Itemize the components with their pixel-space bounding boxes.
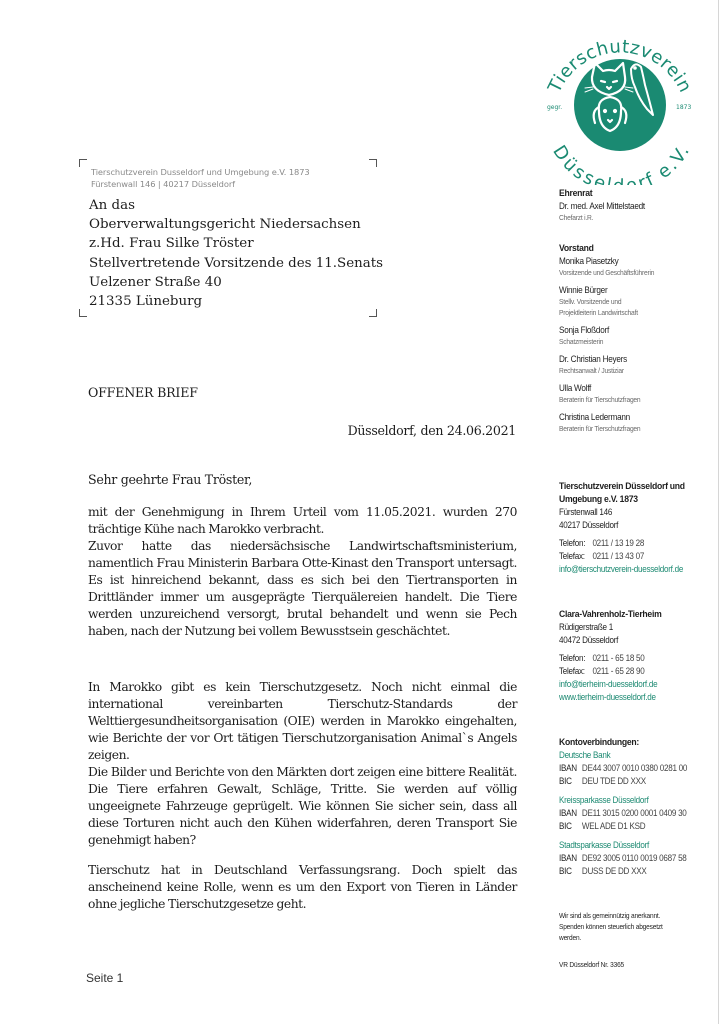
website-link[interactable]: www.tierheim-duesseldorf.de (559, 691, 700, 704)
recipient-line: Uelzener Straße 40 (89, 273, 383, 292)
logo-right-label: 1873 (676, 104, 691, 111)
iban-value: DE92 3005 0110 0019 0687 58 (582, 853, 687, 863)
member-role: Beraterin für Tierschutzfragen (559, 394, 700, 405)
fax-value: 0211 / 13 43 07 (592, 551, 644, 561)
letter-page: Tierschutzverein Düsseldorf e.V. gegr. 1… (0, 0, 724, 1024)
iban-value: DE44 3007 0010 0380 0281 00 (582, 763, 687, 773)
bic-value: DEU TDE DD XXX (582, 776, 646, 786)
iban-row: IBANDE44 3007 0010 0380 0281 00 (559, 762, 700, 775)
body-sentence: In Marokko gibt es kein Tierschutzgesetz… (88, 679, 517, 764)
letter-subject: OFFENER BRIEF (88, 385, 198, 400)
email-link[interactable]: info@tierschutzverein-duesseldorf.de (559, 563, 700, 576)
member-role: Stellv. Vorsitzende und (559, 296, 700, 307)
sender-line-1: Tierschutzverein Dusseldorf und Umgebung… (91, 166, 310, 178)
body-sentence: Die Bilder und Berichte von den Märkten … (88, 764, 517, 849)
section-heading: Kontoverbindungen: (559, 736, 703, 749)
bank-name: Deutsche Bank (559, 749, 700, 762)
member-name: Christina Ledermann (559, 411, 700, 423)
bank-name: Stadtsparkasse Düsseldorf (559, 839, 700, 852)
member-name: Winnie Bürger (559, 284, 700, 296)
email-link[interactable]: info@tierheim-duesseldorf.de (559, 678, 700, 691)
bic-value: WEL ADE D1 KSD (582, 821, 645, 831)
fax-label: Telefax: (559, 665, 592, 678)
member-role: Chefarzt i.R. (559, 212, 700, 223)
phone-row: Telefon:0211 - 65 18 50 (559, 652, 700, 665)
fax-row: Telefax:0211 / 13 43 07 (559, 550, 700, 563)
section-heading: Vorstand (559, 243, 703, 255)
page-number: Seite 1 (86, 971, 123, 985)
address-window-corner (79, 309, 87, 317)
member-role: Vorsitzende und Geschäftsführerin (559, 267, 700, 278)
sender-line-2: Fürstenwall 146 | 40217 Düsseldorf (91, 178, 310, 190)
bic-row: BICDEU TDE DD XXX (559, 775, 700, 788)
member-name: Dr. Christian Heyers (559, 353, 700, 365)
verein-contact: Tierschutzverein Düsseldorf und Umgebung… (559, 480, 719, 576)
member-name: Sonja Floßdorf (559, 324, 700, 336)
body-paragraph-2: In Marokko gibt es kein Tierschutzgesetz… (88, 679, 517, 849)
charity-note-line: Spenden können steuerlich abgesetzt (559, 921, 703, 932)
iban-value: DE11 3015 0200 0001 0409 30 (582, 808, 687, 818)
recipient-line: Stellvertretende Vorsitzende des 11.Sena… (89, 254, 383, 273)
sender-return-address: Tierschutzverein Dusseldorf und Umgebung… (91, 166, 310, 190)
bank-name: Kreissparkasse Düsseldorf (559, 794, 700, 807)
org-street: Fürstenwall 146 (559, 506, 700, 519)
phone-value: 0211 - 65 18 50 (592, 653, 644, 663)
fax-value: 0211 - 65 28 90 (592, 666, 644, 676)
bic-row: BICWEL ADE D1 KSD (559, 820, 700, 833)
letter-date: Düsseldorf, den 24.06.2021 (344, 423, 516, 438)
bic-label: BIC (559, 865, 582, 878)
recipient-line: Oberverwaltungsgericht Niedersachsen (89, 215, 383, 234)
tierheim-contact: Clara-Vahrenholz-Tierheim Rüdigerstraße … (559, 608, 719, 704)
iban-row: IBANDE92 3005 0110 0019 0687 58 (559, 852, 700, 865)
register-number: VR Düsseldorf Nr. 3365 (559, 959, 719, 970)
tierschutzverein-logo: Tierschutzverein Düsseldorf e.V. gegr. 1… (535, 15, 705, 185)
fax-label: Telefax: (559, 550, 592, 563)
body-paragraph-1: mit der Genehmigung in Ihrem Urteil vom … (88, 504, 517, 640)
address-window-corner (369, 159, 377, 167)
recipient-address: An das Oberverwaltungsgericht Niedersach… (89, 196, 383, 311)
bic-row: BICDUSS DE DD XXX (559, 865, 700, 878)
org-name: Clara-Vahrenholz-Tierheim (559, 608, 703, 621)
member-role: Schatzmeisterin (559, 336, 700, 347)
recipient-line: z.Hd. Frau Silke Tröster (89, 234, 383, 253)
logo-left-label: gegr. (547, 104, 562, 111)
address-window-corner (79, 159, 87, 167)
phone-label: Telefon: (559, 537, 592, 550)
letter-salutation: Sehr geehrte Frau Tröster, (88, 472, 252, 487)
body-paragraph-3: Tierschutz hat in Deutschland Verfassung… (88, 862, 517, 913)
fax-row: Telefax:0211 - 65 28 90 (559, 665, 700, 678)
org-name: Umgebung e.V. 1873 (559, 493, 703, 506)
recipient-line: An das (89, 196, 383, 215)
member-role: Beraterin für Tierschutzfragen (559, 423, 700, 434)
register-text: VR Düsseldorf Nr. 3365 (559, 959, 703, 970)
recipient-line: 21335 Lüneburg (89, 292, 383, 311)
bic-value: DUSS DE DD XXX (582, 866, 647, 876)
org-city: 40217 Düsseldorf (559, 519, 700, 532)
vorstand-section: Vorstand Monika Piasetzky Vorsitzende un… (559, 243, 719, 434)
member-name: Ulla Wolff (559, 382, 700, 394)
bank-details: Kontoverbindungen: Deutsche Bank IBANDE4… (559, 736, 719, 878)
member-name: Dr. med. Axel Mittelstaedt (559, 200, 700, 212)
phone-value: 0211 / 13 19 28 (592, 538, 644, 548)
member-name: Monika Piasetzky (559, 255, 700, 267)
org-name: Tierschutzverein Düsseldorf und (559, 480, 703, 493)
charity-note-line: werden. (559, 932, 703, 943)
iban-label: IBAN (559, 852, 582, 865)
charity-note-line: Wir sind als gemeinnützig anerkannt. (559, 910, 703, 921)
member-role: Projektleiterin Landwirtschaft (559, 307, 700, 318)
bic-label: BIC (559, 775, 582, 788)
phone-label: Telefon: (559, 652, 592, 665)
body-sentence: Zuvor hatte das niedersächsische Landwir… (88, 538, 517, 640)
bic-label: BIC (559, 820, 582, 833)
org-street: Rüdigerstraße 1 (559, 621, 700, 634)
iban-row: IBANDE11 3015 0200 0001 0409 30 (559, 807, 700, 820)
phone-row: Telefon:0211 / 13 19 28 (559, 537, 700, 550)
section-heading: Ehrenrat (559, 188, 703, 200)
org-city: 40472 Düsseldorf (559, 634, 700, 647)
iban-label: IBAN (559, 807, 582, 820)
iban-label: IBAN (559, 762, 582, 775)
ehrenrat-section: Ehrenrat Dr. med. Axel Mittelstaedt Chef… (559, 188, 719, 223)
body-sentence: Tierschutz hat in Deutschland Verfassung… (88, 862, 517, 913)
member-role: Rechtsanwalt / Justiziar (559, 365, 700, 376)
charity-note: Wir sind als gemeinnützig anerkannt. Spe… (559, 910, 719, 943)
body-sentence: mit der Genehmigung in Ihrem Urteil vom … (88, 504, 517, 538)
